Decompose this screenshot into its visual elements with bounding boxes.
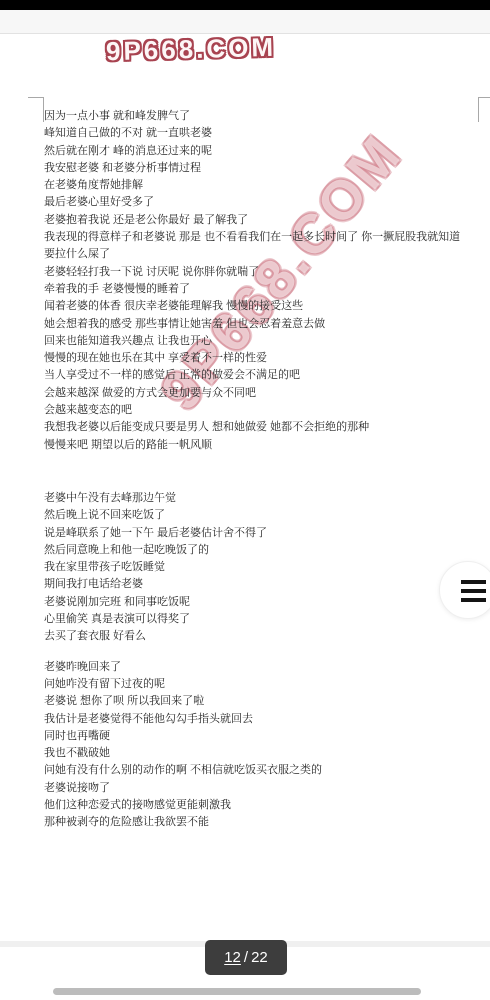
paragraph-3: 老婆昨晚回来了问她咋没有留下过夜的呢老婆说 想你了呗 所以我回来了啦我估计是老婆…: [44, 659, 464, 832]
text-line: 我估计是老婆觉得不能他勾勾手指头就回去: [44, 711, 464, 728]
text-line: 牵着我的手 老婆慢慢的睡着了: [44, 281, 464, 298]
menu-button[interactable]: [439, 561, 490, 619]
text-line: 那种被剥夺的危险感让我欲罢不能: [44, 814, 464, 831]
text-line: 问她咋没有留下过夜的呢: [44, 676, 464, 693]
text-line: 我在家里带孩子吃饭睡觉: [44, 559, 464, 576]
text-line: 她会想着我的感受 那些事情让她害羞 但也会忍着羞意去做: [44, 316, 464, 333]
text-line: 老婆昨晚回来了: [44, 659, 464, 676]
text-line: 我想我老婆以后能变成只要是男人 想和她做爱 她都不会拒绝的那种: [44, 419, 464, 436]
text-line: 老婆说 想你了呗 所以我回来了啦: [44, 693, 464, 710]
document-body: 因为一点小事 就和峰发脾气了峰知道自己做的不对 就一直哄老婆然后就在刚才 峰的消…: [44, 108, 464, 832]
text-line: 慢慢来吧 期望以后的路能一帆风顺: [44, 437, 464, 454]
text-line: 回来也能知道我兴趣点 让我也开心: [44, 333, 464, 350]
text-line: 同时也再嘴硬: [44, 728, 464, 745]
paragraph-1: 因为一点小事 就和峰发脾气了峰知道自己做的不对 就一直哄老婆然后就在刚才 峰的消…: [44, 108, 464, 454]
text-line: 我也不戳破她: [44, 745, 464, 762]
text-line: 老婆抱着我说 还是老公你最好 最了解我了: [44, 212, 464, 229]
text-line: 当人享受过不一样的感觉后 正常的做爱会不满足的吧: [44, 367, 464, 384]
hamburger-icon: [461, 580, 486, 602]
text-line: 在老婆角度帮她排解: [44, 177, 464, 194]
page-indicator-badge[interactable]: 12 / 22: [205, 940, 287, 975]
text-line: 慢慢的现在她也乐在其中 享受着不一样的性爱: [44, 350, 464, 367]
text-line: 然后晚上说不回来吃饭了: [44, 507, 464, 524]
text-line: 他们这种恋爱式的接吻感觉更能刺激我: [44, 797, 464, 814]
page-separator: /: [244, 949, 248, 966]
site-logo: 9P668.COM: [106, 32, 277, 67]
page-top-strip: [0, 10, 490, 34]
text-line: 老婆中午没有去峰那边午觉: [44, 490, 464, 507]
text-line: 会越来越深 做爱的方式会更加要与众不同吧: [44, 385, 464, 402]
text-line: 心里偷笑 真是表演可以得奖了: [44, 611, 464, 628]
text-line: 然后就在刚才 峰的消息还过来的呢: [44, 143, 464, 160]
current-page-number[interactable]: 12: [224, 949, 241, 966]
text-line: 因为一点小事 就和峰发脾气了: [44, 108, 464, 125]
text-boundary-mark-left: [28, 97, 44, 122]
paragraph-2: 老婆中午没有去峰那边午觉然后晚上说不回来吃饭了说是峰联系了她一下午 最后老婆估计…: [44, 490, 464, 646]
text-line: 期间我打电话给老婆: [44, 576, 464, 593]
text-line: 最后老婆心里好受多了: [44, 194, 464, 211]
text-line: 老婆轻轻打我一下说 讨厌呢 说你胖你就喘了: [44, 264, 464, 281]
reader-screen: 9P668.COM 9P668.COM 因为一点小事 就和峰发脾气了峰知道自己做…: [0, 0, 490, 1000]
text-line: 我安慰老婆 和老婆分析事情过程: [44, 160, 464, 177]
text-line: 问她有没有什么别的动作的啊 不相信就吃饭买衣服之类的: [44, 762, 464, 779]
text-line: 峰知道自己做的不对 就一直哄老婆: [44, 125, 464, 142]
text-boundary-mark-right: [478, 97, 490, 122]
scrollbar-thumb[interactable]: [53, 988, 421, 995]
text-line: 老婆说刚加完班 和同事吃饭呢: [44, 594, 464, 611]
text-line: 去买了套衣服 好看么: [44, 628, 464, 645]
status-bar: [0, 0, 490, 10]
text-line: 老婆说接吻了: [44, 780, 464, 797]
total-page-number: 22: [251, 949, 268, 966]
text-line: 闻着老婆的体香 很庆幸老婆能理解我 慢慢的接受这些: [44, 298, 464, 315]
text-line: 说是峰联系了她一下午 最后老婆估计舍不得了: [44, 525, 464, 542]
text-line: 我表现的得意样子和老婆说 那是 也不看看我们在一起多长时间了 你一撅屁股我就知道…: [44, 229, 464, 264]
text-line: 然后同意晚上和他一起吃晚饭了的: [44, 542, 464, 559]
text-line: 会越来越变态的吧: [44, 402, 464, 419]
